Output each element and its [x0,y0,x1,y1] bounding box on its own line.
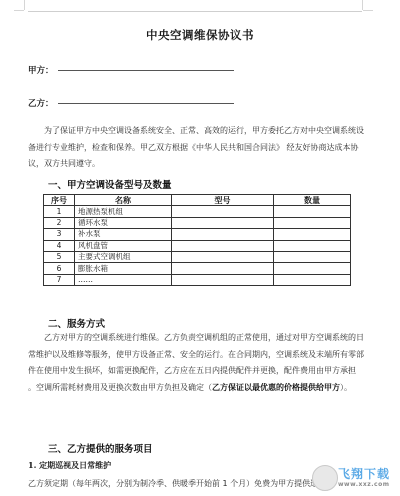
cell-qty [274,229,351,240]
cell-qty [274,240,351,251]
cell-qty [274,206,351,217]
page-corner-marker [363,10,373,11]
table-header-row: 序号 名称 型号 数量 [44,195,351,206]
watermark-subtext: www.xxz.com [338,481,389,488]
table-row: 4 风机盘管 [44,240,351,251]
cell-name: 补水泵 [75,229,172,240]
header-no: 序号 [44,195,75,206]
watermark-text: 飞翔下载 [338,465,390,482]
cell-name: 膨胀水箱 [75,263,172,274]
cell-name: 地源热泵机组 [75,206,172,217]
cell-model [172,217,274,228]
intro-paragraph: 为了保证甲方中央空调设备系统安全、正常、高效的运行，甲方委托乙方对中央空调系统设… [28,123,364,173]
cell-model [172,240,274,251]
party-b-blank-line [58,103,234,104]
cell-no: 6 [44,263,75,274]
cell-model [172,229,274,240]
subsection1-heading: 1. 定期巡视及日常维护 [28,460,111,471]
equipment-table: 序号 名称 型号 数量 1 地源热泵机组 2 循环水泵 3 补水泵 4 风机盘管 [43,194,351,286]
cell-model [172,263,274,274]
party-a-blank-line [58,70,234,71]
service-text-bold: 乙方保证以最优惠的价格提供给甲方 [212,383,340,392]
section1-heading: 一、甲方空调设备型号及数量 [48,177,172,191]
cell-qty [274,217,351,228]
table-row: 2 循环水泵 [44,217,351,228]
cell-name: 风机盘管 [75,240,172,251]
cell-model [172,206,274,217]
table-row: 6 膨胀水箱 [44,263,351,274]
cell-qty [274,263,351,274]
party-a-label: 甲方： [28,64,54,76]
cell-name: …… [75,274,172,285]
service-text-end: ）。 [340,383,352,392]
service-paragraph: 乙方对甲方的空调系统进行维保。乙方负责空调机组的正常使用，通过对甲方空调系统的日… [28,330,364,397]
cell-model [172,274,274,285]
header-qty: 数量 [274,195,351,206]
document-title: 中央空调维保协议书 [0,27,400,43]
cell-name: 主要式空调机组 [75,251,172,262]
cell-no: 5 [44,251,75,262]
section3-heading: 三、乙方提供的服务项目 [48,441,153,455]
cell-no: 7 [44,274,75,285]
table-row: 5 主要式空调机组 [44,251,351,262]
cell-qty [274,251,351,262]
cell-no: 2 [44,217,75,228]
header-name: 名称 [75,195,172,206]
page-corner-marker [14,10,24,11]
table-row: 7 …… [44,274,351,285]
party-b-label: 乙方： [28,97,54,109]
page-corner-marker [24,0,25,10]
page-corner-marker [362,0,363,10]
cell-no: 1 [44,206,75,217]
watermark: 飞翔下载 www.xxz.com [312,463,400,496]
watermark-logo-icon [312,465,338,491]
table-row: 3 补水泵 [44,229,351,240]
document-page: 中央空调维保协议书 甲方： 乙方： 为了保证甲方中央空调设备系统安全、正常、高效… [0,0,400,496]
cell-qty [274,274,351,285]
section2-heading: 二、服务方式 [48,316,105,330]
cell-name: 循环水泵 [75,217,172,228]
header-rule [28,11,362,12]
cell-model [172,251,274,262]
header-model: 型号 [172,195,274,206]
cell-no: 4 [44,240,75,251]
table-row: 1 地源热泵机组 [44,206,351,217]
cell-no: 3 [44,229,75,240]
